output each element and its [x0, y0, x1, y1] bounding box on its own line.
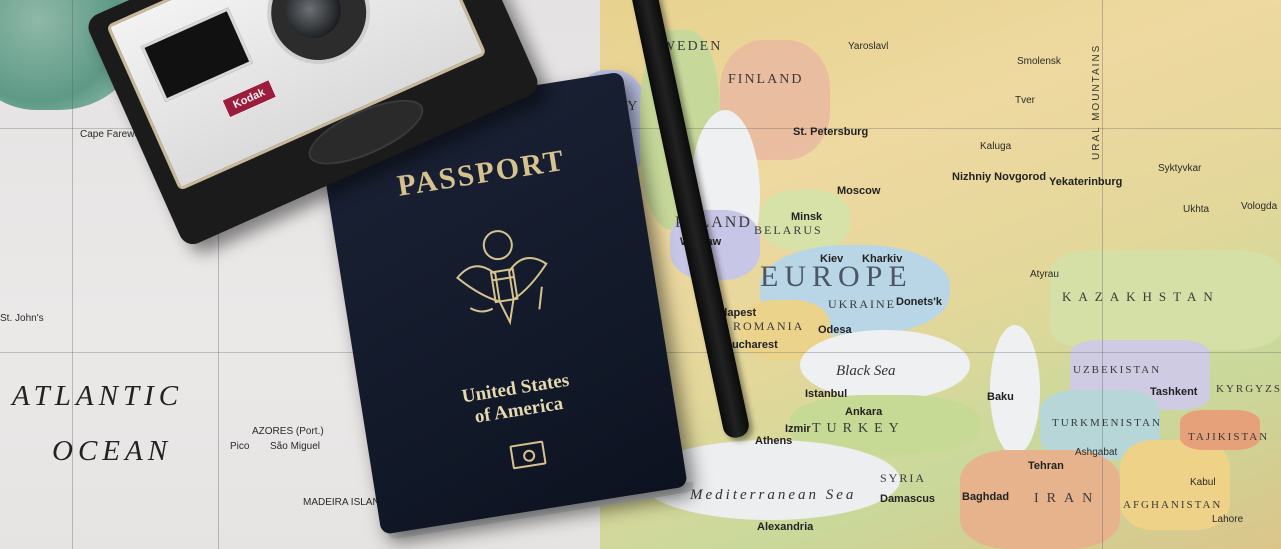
city-label: Yekaterinburg [1049, 177, 1122, 188]
country-label: ROMANIA [733, 320, 804, 332]
map-gridline [1102, 0, 1103, 549]
ocean-label: ATLANTIC [12, 382, 183, 411]
place-label: Pico [230, 442, 249, 452]
city-label: Nizhniy Novgorod [952, 172, 1046, 183]
viewfinder-icon [141, 7, 254, 102]
city-label: Vologda [1241, 202, 1277, 212]
kodak-badge: Kodak [221, 79, 276, 118]
country-label: UKRAINE [828, 298, 896, 310]
city-label: Smolensk [1017, 57, 1061, 67]
place-label: AZORES (Port.) [252, 427, 324, 437]
city-label: St. Petersburg [793, 127, 868, 138]
city-label: Alexandria [757, 522, 813, 533]
passport-country: United States of America [361, 354, 674, 446]
city-label: Kabul [1190, 478, 1216, 488]
lens-ring [251, 0, 387, 80]
country-label: TURKMENISTAN [1052, 418, 1162, 429]
city-label: Moscow [837, 186, 880, 197]
city-label: Ukhta [1183, 205, 1209, 215]
region-label: EUROPE [760, 262, 913, 292]
city-label: Tehran [1028, 461, 1064, 472]
city-label: Kharkiv [862, 254, 902, 265]
city-label: Izmir [785, 424, 811, 435]
country-label: TURKEY [812, 422, 905, 436]
city-label: Donets'k [896, 297, 942, 308]
city-label: Damascus [880, 494, 935, 505]
city-label: Atyrau [1030, 270, 1059, 280]
sea-label: Black Sea [836, 364, 896, 379]
country-label: UZBEKISTAN [1073, 365, 1161, 376]
city-label: Odesa [818, 325, 852, 336]
country-label: KYRGYZSTAN [1216, 384, 1281, 395]
ocean-label: OCEAN [52, 437, 172, 466]
country-label: AFGHANISTAN [1123, 500, 1222, 511]
tajikistan-area [1180, 410, 1260, 450]
city-label: Syktyvkar [1158, 164, 1201, 174]
city-label: Tashkent [1150, 387, 1197, 398]
mountain-label: URAL MOUNTAINS [1092, 44, 1102, 160]
country-label: FINLAND [728, 73, 803, 87]
city-label: Yaroslavl [848, 42, 888, 52]
photo-scene: ATLANTIC OCEAN Cape Farewell St. John's … [0, 0, 1281, 549]
country-label: KAZAKHSTAN [1062, 290, 1220, 303]
caspian-sea-area [990, 325, 1040, 455]
country-label: SYRIA [880, 472, 926, 484]
city-label: Istanbul [805, 389, 847, 400]
city-label: Ashgabat [1075, 448, 1117, 458]
country-label: TAJIKISTAN [1188, 432, 1269, 443]
city-label: Baku [987, 392, 1014, 403]
city-label: Kiev [820, 254, 843, 265]
city-label: Lahore [1212, 515, 1243, 525]
country-label: IRAN [1034, 492, 1100, 506]
place-label: São Miguel [270, 442, 320, 452]
city-label: Baghdad [962, 492, 1009, 503]
eagle-seal-icon [440, 215, 566, 341]
biometric-chip-icon [509, 440, 546, 469]
camera-lens-icon [277, 0, 350, 47]
city-label: Athens [755, 436, 792, 447]
city-label: Tver [1015, 96, 1035, 106]
city-label: Kaluga [980, 142, 1011, 152]
place-label: St. John's [0, 314, 44, 324]
city-label: Ankara [845, 407, 882, 418]
country-label: BELARUS [754, 224, 823, 236]
sea-label: Mediterranean Sea [690, 488, 856, 503]
city-label: Minsk [791, 212, 822, 223]
